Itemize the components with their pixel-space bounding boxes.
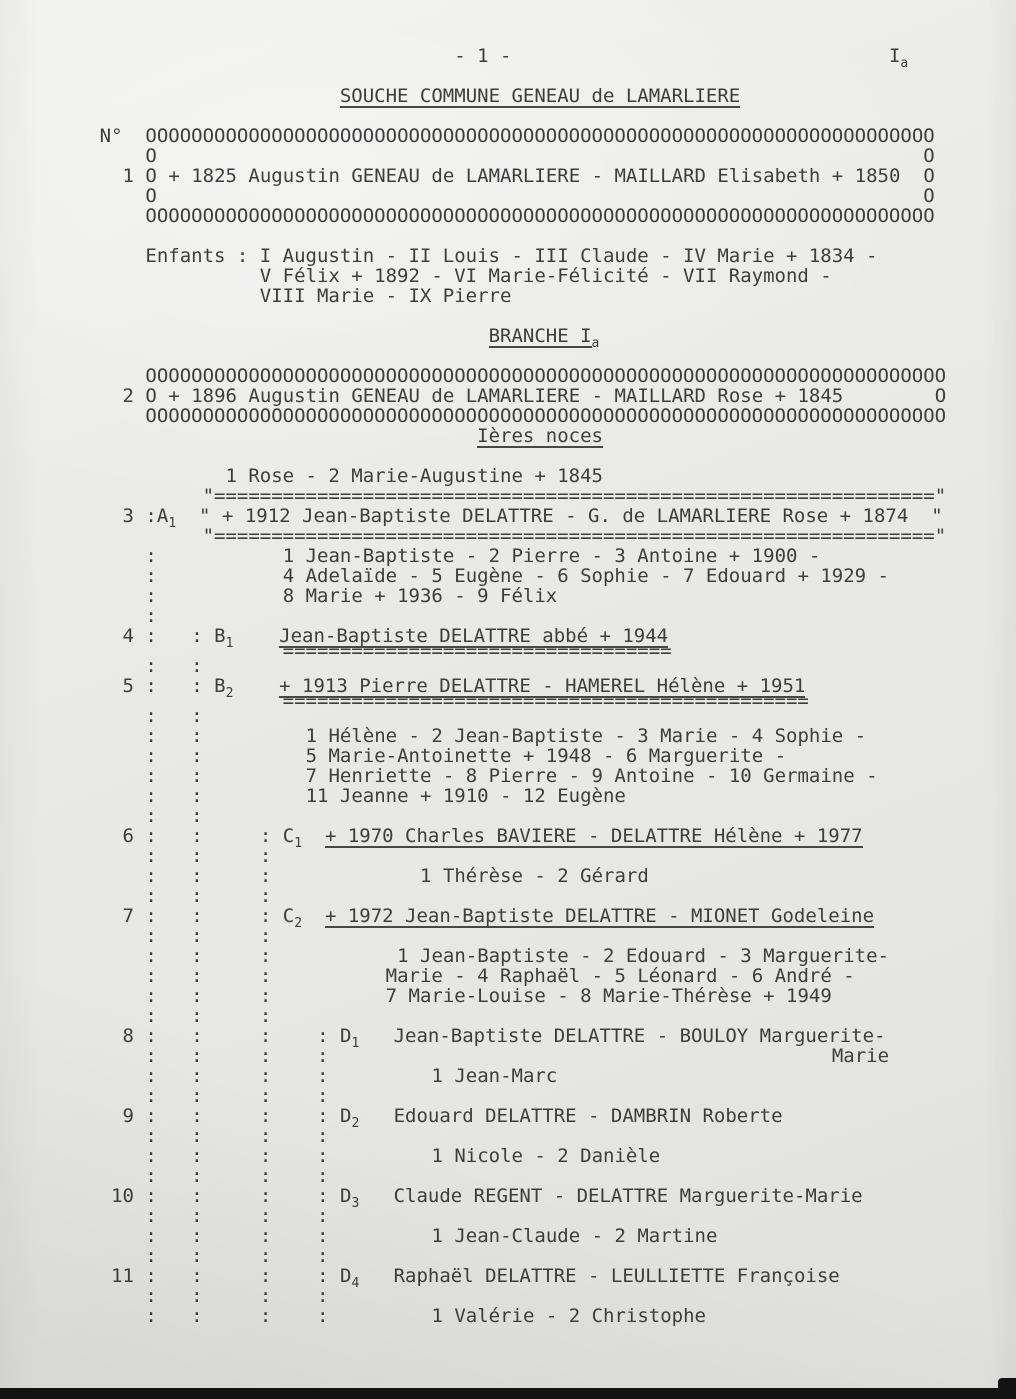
children-line: : : : 1 Thérèse - 2 Gérard bbox=[31, 866, 991, 886]
entry1-box-side: O O bbox=[31, 186, 991, 206]
guide-colon: : bbox=[145, 945, 156, 967]
guide-colon: : bbox=[191, 1045, 202, 1067]
guide-colon: : bbox=[145, 655, 156, 677]
spacer bbox=[31, 66, 991, 86]
guide-colon: : bbox=[145, 725, 156, 747]
union-text: + 1825 Augustin GENEAU de LAMARLIERE - M… bbox=[168, 165, 900, 187]
guide-colon: : bbox=[260, 965, 271, 987]
children-text: 1 Jean-Baptiste - 2 Edouard - 3 Margueri… bbox=[397, 945, 889, 967]
entry3-box-top: "=======================================… bbox=[31, 486, 991, 506]
branch-label-sub: 1 bbox=[294, 836, 302, 851]
guide-colon: : bbox=[317, 1105, 328, 1127]
entry-number: 10 bbox=[111, 1185, 134, 1207]
guide-colon: : bbox=[145, 585, 156, 607]
spacer bbox=[31, 106, 991, 126]
children-line: : : 5 Marie-Antoinette + 1948 - 6 Margue… bbox=[31, 746, 991, 766]
box-border: O bbox=[145, 165, 156, 187]
guide-colon: : bbox=[260, 1165, 271, 1187]
guide-colon: : bbox=[317, 1025, 328, 1047]
children-text: 1 Jean-Baptiste - 2 Pierre - 3 Antoine +… bbox=[283, 545, 821, 567]
children-text: Marie - 4 Raphaël - 5 Léonard - 6 André … bbox=[386, 965, 855, 987]
children-text: 8 Marie + 1936 - 9 Félix bbox=[283, 585, 558, 607]
guide-colon: : bbox=[317, 1265, 328, 1287]
children-line: : : : : 1 Valérie - 2 Christophe bbox=[31, 1306, 991, 1326]
guide-colon: : bbox=[145, 825, 156, 847]
guide-colon: : bbox=[191, 965, 202, 987]
branch-label: C bbox=[283, 905, 294, 927]
guide-colon: : bbox=[191, 1005, 202, 1027]
children-line: VIII Marie - IX Pierre bbox=[31, 286, 991, 306]
entry-number: 2 bbox=[123, 385, 134, 407]
guide-colon: : bbox=[317, 1045, 328, 1067]
guide-colon: : bbox=[191, 1145, 202, 1167]
guide-colon: : bbox=[145, 1005, 156, 1027]
guide-colon: : bbox=[191, 1205, 202, 1227]
document-title: SOUCHE COMMUNE GENEAU de LAMARLIERE bbox=[340, 86, 740, 108]
box-border: O bbox=[935, 385, 946, 407]
children-text: 1 Nicole - 2 Danièle bbox=[431, 1145, 660, 1167]
guide-colon: : bbox=[145, 1305, 156, 1327]
entry11-line: 11 : : : : D4 Raphaël DELATTRE - LEULLIE… bbox=[31, 1266, 991, 1286]
guide-colon: : bbox=[260, 1065, 271, 1087]
guide-colon: : bbox=[191, 765, 202, 787]
guide-colon: : bbox=[191, 885, 202, 907]
children-text: 1 Valérie - 2 Christophe bbox=[431, 1305, 706, 1327]
children-text: 7 Henriette - 8 Pierre - 9 Antoine - 10 … bbox=[306, 765, 878, 787]
branch-title: BRANCHE I bbox=[489, 326, 592, 348]
guide-line: : : : : bbox=[31, 1246, 991, 1266]
guide-colon: : bbox=[260, 825, 271, 847]
children-line: : : : 1 Jean-Baptiste - 2 Edouard - 3 Ma… bbox=[31, 946, 991, 966]
guide-colon: : bbox=[260, 1245, 271, 1267]
guide-colon: : bbox=[191, 785, 202, 807]
entry1-box-top: N° OOOOOOOOOOOOOOOOOOOOOOOOOOOOOOOOOOOOO… bbox=[31, 126, 991, 146]
guide-colon: : bbox=[145, 905, 156, 927]
guide-colon: : bbox=[260, 1285, 271, 1307]
guide-colon: : bbox=[191, 905, 202, 927]
entry-number: 7 bbox=[123, 905, 134, 927]
branch-label: A bbox=[157, 505, 168, 527]
continuation-line: : : : : Marie bbox=[31, 1046, 991, 1066]
guide-line: : : : : bbox=[31, 1086, 991, 1106]
children-line: Enfants : I Augustin - II Louis - III Cl… bbox=[31, 246, 991, 266]
guide-colon: : bbox=[260, 1145, 271, 1167]
box-border: O bbox=[145, 385, 156, 407]
branch-label: D bbox=[340, 1025, 351, 1047]
guide-colon: : bbox=[317, 1285, 328, 1307]
union-text: Raphaël DELATTRE - LEULLIETTE Françoise bbox=[394, 1265, 840, 1287]
guide-colon: : bbox=[145, 1145, 156, 1167]
union-text: + 1896 Augustin GENEAU de LAMARLIERE - M… bbox=[168, 385, 843, 407]
children-line: : 4 Adelaïde - 5 Eugène - 6 Sophie - 7 E… bbox=[31, 566, 991, 586]
scan-edge-corner bbox=[998, 1378, 1016, 1399]
children-text: 1 Rose - 2 Marie-Augustine + 1845 bbox=[225, 465, 603, 487]
children-line: : : 7 Henriette - 8 Pierre - 9 Antoine -… bbox=[31, 766, 991, 786]
document-page: - 1 - Ia SOUCHE COMMUNE GENEAU de LAMARL… bbox=[0, 0, 1016, 1399]
guide-colon: : bbox=[145, 765, 156, 787]
guide-colon: : bbox=[191, 1305, 202, 1327]
guide-line: : : : bbox=[31, 1006, 991, 1026]
children-line: : : 11 Jeanne + 1910 - 12 Eugène bbox=[31, 786, 991, 806]
guide-colon: : bbox=[317, 1245, 328, 1267]
union-text: + 1970 Charles BAVIERE - DELATTRE Hélène… bbox=[325, 826, 863, 848]
guide-colon: : bbox=[260, 885, 271, 907]
box-border: O bbox=[923, 165, 934, 187]
entry-number: 1 bbox=[123, 165, 134, 187]
guide-line: : : : : bbox=[31, 1166, 991, 1186]
guide-colon: : bbox=[260, 1185, 271, 1207]
scan-edge-band bbox=[0, 1388, 1016, 1399]
page-number: - 1 - bbox=[454, 45, 511, 67]
children-text: 1 Thérèse - 2 Gérard bbox=[420, 865, 649, 887]
box-border: O bbox=[923, 185, 934, 207]
guide-colon: : bbox=[317, 1205, 328, 1227]
entry3-box-bottom: "=======================================… bbox=[31, 526, 991, 546]
guide-line: : : : : bbox=[31, 1206, 991, 1226]
guide-colon: : bbox=[191, 1265, 202, 1287]
children-line: : : : : 1 Nicole - 2 Danièle bbox=[31, 1146, 991, 1166]
guide-colon: : bbox=[145, 565, 156, 587]
guide-colon: : bbox=[145, 965, 156, 987]
guide-colon: : bbox=[260, 1025, 271, 1047]
corner-mark: I bbox=[889, 45, 900, 67]
guide-colon: : bbox=[145, 785, 156, 807]
children-line: V Félix + 1892 - VI Marie-Félicité - VII… bbox=[31, 266, 991, 286]
guide-colon: : bbox=[260, 1045, 271, 1067]
guide-colon: : bbox=[260, 1085, 271, 1107]
guide-colon: : bbox=[145, 1225, 156, 1247]
branch-label: C bbox=[283, 825, 294, 847]
branch-label-sub: 2 bbox=[294, 916, 302, 931]
entry3-union-line: 3 :A1 " + 1912 Jean-Baptiste DELATTRE - … bbox=[31, 506, 991, 526]
children-text: Enfants : I Augustin - II Louis - III Cl… bbox=[145, 245, 877, 267]
entry6-line: 6 : : : C1 + 1970 Charles BAVIERE - DELA… bbox=[31, 826, 991, 846]
guide-colon: : bbox=[145, 805, 156, 827]
section-heading: Ières noces bbox=[477, 426, 603, 448]
guide-colon: : bbox=[317, 1185, 328, 1207]
guide-colon: : bbox=[191, 1185, 202, 1207]
guide-colon: : bbox=[191, 1065, 202, 1087]
guide-colon: : bbox=[191, 1025, 202, 1047]
children-text: 7 Marie-Louise - 8 Marie-Thérèse + 1949 bbox=[386, 985, 832, 1007]
guide-colon: : bbox=[260, 1265, 271, 1287]
entry2-box-bottom: OOOOOOOOOOOOOOOOOOOOOOOOOOOOOOOOOOOOOOOO… bbox=[31, 406, 991, 426]
union-text: Edouard DELATTRE - DAMBRIN Roberte bbox=[394, 1105, 783, 1127]
guide-colon: : bbox=[145, 985, 156, 1007]
children-text: 4 Adelaïde - 5 Eugène - 6 Sophie - 7 Edo… bbox=[283, 565, 889, 587]
noces-heading-line: Ières noces bbox=[31, 426, 991, 446]
guide-colon: : bbox=[145, 1025, 156, 1047]
guide-colon: : bbox=[191, 705, 202, 727]
guide-line: : bbox=[31, 606, 991, 626]
guide-colon: : bbox=[191, 655, 202, 677]
guide-colon: : bbox=[260, 905, 271, 927]
branch-label-sub: 4 bbox=[351, 1276, 359, 1291]
guide-colon: : bbox=[317, 1305, 328, 1327]
entry-number: 3 bbox=[123, 505, 134, 527]
children-line: : : : Marie - 4 Raphaël - 5 Léonard - 6 … bbox=[31, 966, 991, 986]
guide-colon: : bbox=[191, 1245, 202, 1267]
entry10-line: 10 : : : : D3 Claude REGENT - DELATTRE M… bbox=[31, 1186, 991, 1206]
guide-colon: : bbox=[260, 1205, 271, 1227]
spacer bbox=[31, 226, 991, 246]
guide-colon: : bbox=[191, 945, 202, 967]
title-line: SOUCHE COMMUNE GENEAU de LAMARLIERE bbox=[31, 86, 991, 106]
entry-number: 8 bbox=[123, 1025, 134, 1047]
guide-colon: : bbox=[317, 1225, 328, 1247]
union-text: Jean-Baptiste DELATTRE - BOULOY Margueri… bbox=[394, 1025, 886, 1047]
guide-colon: : bbox=[145, 1285, 156, 1307]
guide-colon: : bbox=[191, 725, 202, 747]
union-text: + 1972 Jean-Baptiste DELATTRE - MIONET G… bbox=[325, 906, 874, 928]
guide-colon: : bbox=[191, 845, 202, 867]
guide-colon: : bbox=[260, 985, 271, 1007]
children-text: 1 Jean-Marc bbox=[431, 1065, 557, 1087]
guide-colon: : bbox=[191, 1285, 202, 1307]
branch-heading-line: BRANCHE Ia bbox=[31, 326, 991, 346]
guide-line: : : : bbox=[31, 846, 991, 866]
box-border: " bbox=[199, 505, 210, 527]
branch-label: D bbox=[340, 1265, 351, 1287]
children-text: 1 Jean-Claude - 2 Martine bbox=[431, 1225, 717, 1247]
children-text: V Félix + 1892 - VI Marie-Félicité - VII… bbox=[260, 265, 832, 287]
children-text: VIII Marie - IX Pierre bbox=[260, 285, 512, 307]
guide-colon: : bbox=[191, 925, 202, 947]
guide-line: : : : : bbox=[31, 1126, 991, 1146]
guide-colon: : bbox=[260, 945, 271, 967]
box-border: OOOOOOOOOOOOOOOOOOOOOOOOOOOOOOOOOOOOOOOO… bbox=[145, 125, 934, 147]
guide-colon: : bbox=[145, 845, 156, 867]
guide-colon: : bbox=[145, 705, 156, 727]
corner-mark-sub: a bbox=[900, 56, 908, 71]
guide-colon: : bbox=[145, 1245, 156, 1267]
guide-colon: : bbox=[145, 1105, 156, 1127]
branch-label-sub: 3 bbox=[351, 1196, 359, 1211]
guide-colon: : bbox=[317, 1065, 328, 1087]
guide-colon: : bbox=[145, 1125, 156, 1147]
guide-colon: : bbox=[145, 1065, 156, 1087]
guide-colon: : bbox=[191, 1125, 202, 1147]
guide-colon: : bbox=[191, 1225, 202, 1247]
children-line: : : : 7 Marie-Louise - 8 Marie-Thérèse +… bbox=[31, 986, 991, 1006]
branch-label: D bbox=[340, 1105, 351, 1127]
page-header-line: - 1 - Ia bbox=[31, 46, 991, 66]
entry-number: 9 bbox=[123, 1105, 134, 1127]
guide-colon: : bbox=[191, 805, 202, 827]
guide-colon: : bbox=[145, 505, 156, 527]
guide-colon: : bbox=[260, 1005, 271, 1027]
guide-colon: : bbox=[260, 1225, 271, 1247]
children-text: 1 Hélène - 2 Jean-Baptiste - 3 Marie - 4… bbox=[306, 725, 867, 747]
guide-colon: : bbox=[191, 1085, 202, 1107]
guide-line: : : bbox=[31, 806, 991, 826]
entry-number: 6 bbox=[123, 825, 134, 847]
numero-label: N° bbox=[100, 125, 123, 147]
children-line: : 8 Marie + 1936 - 9 Félix bbox=[31, 586, 991, 606]
entry2-union-line: 2 O + 1896 Augustin GENEAU de LAMARLIERE… bbox=[31, 386, 991, 406]
guide-colon: : bbox=[260, 845, 271, 867]
guide-colon: : bbox=[145, 1085, 156, 1107]
children-line: : : : : 1 Jean-Claude - 2 Martine bbox=[31, 1226, 991, 1246]
children-line: : 1 Jean-Baptiste - 2 Pierre - 3 Antoine… bbox=[31, 546, 991, 566]
guide-colon: : bbox=[145, 1165, 156, 1187]
guide-colon: : bbox=[260, 1105, 271, 1127]
union-text: Claude REGENT - DELATTRE Marguerite-Mari… bbox=[394, 1185, 863, 1207]
children-line: 1 Rose - 2 Marie-Augustine + 1845 bbox=[31, 466, 991, 486]
entry1-box-side: O O bbox=[31, 146, 991, 166]
branch-label-sub: 2 bbox=[351, 1116, 359, 1131]
guide-colon: : bbox=[317, 1145, 328, 1167]
guide-colon: : bbox=[145, 605, 156, 627]
guide-colon: : bbox=[317, 1125, 328, 1147]
guide-colon: : bbox=[317, 1085, 328, 1107]
guide-colon: : bbox=[145, 1185, 156, 1207]
spacer bbox=[31, 306, 991, 326]
entry7-line: 7 : : : C2 + 1972 Jean-Baptiste DELATTRE… bbox=[31, 906, 991, 926]
guide-colon: : bbox=[260, 865, 271, 887]
entry8-line: 8 : : : : D1 Jean-Baptiste DELATTRE - BO… bbox=[31, 1026, 991, 1046]
typewritten-document: - 1 - Ia SOUCHE COMMUNE GENEAU de LAMARL… bbox=[31, 46, 991, 1326]
guide-colon: : bbox=[145, 1265, 156, 1287]
guide-colon: : bbox=[145, 545, 156, 567]
guide-colon: : bbox=[260, 1125, 271, 1147]
guide-colon: : bbox=[191, 825, 202, 847]
guide-colon: : bbox=[145, 745, 156, 767]
spacer bbox=[31, 446, 991, 466]
guide-colon: : bbox=[191, 865, 202, 887]
guide-line: : : : bbox=[31, 926, 991, 946]
guide-colon: : bbox=[191, 1165, 202, 1187]
box-border: OOOOOOOOOOOOOOOOOOOOOOOOOOOOOOOOOOOOOOOO… bbox=[145, 365, 946, 387]
box-border: O bbox=[145, 185, 156, 207]
guide-colon: : bbox=[145, 925, 156, 947]
box-border: "=======================================… bbox=[203, 525, 947, 547]
guide-colon: : bbox=[191, 1105, 202, 1127]
entry1-box-bottom: OOOOOOOOOOOOOOOOOOOOOOOOOOOOOOOOOOOOOOOO… bbox=[31, 206, 991, 226]
guide-colon: : bbox=[145, 1045, 156, 1067]
guide-colon: : bbox=[191, 745, 202, 767]
guide-colon: : bbox=[191, 985, 202, 1007]
guide-colon: : bbox=[145, 885, 156, 907]
guide-colon: : bbox=[145, 865, 156, 887]
spacer bbox=[31, 346, 991, 366]
children-text: 11 Jeanne + 1910 - 12 Eugène bbox=[306, 785, 626, 807]
box-border: OOOOOOOOOOOOOOOOOOOOOOOOOOOOOOOOOOOOOOOO… bbox=[145, 405, 946, 427]
branch-label: D bbox=[340, 1185, 351, 1207]
entry1-union-line: 1 O + 1825 Augustin GENEAU de LAMARLIERE… bbox=[31, 166, 991, 186]
guide-colon: : bbox=[317, 1165, 328, 1187]
box-border: O bbox=[145, 145, 156, 167]
box-border: O bbox=[923, 145, 934, 167]
guide-colon: : bbox=[260, 925, 271, 947]
entry9-line: 9 : : : : D2 Edouard DELATTRE - DAMBRIN … bbox=[31, 1106, 991, 1126]
box-border: "=======================================… bbox=[203, 485, 947, 507]
guide-line: : : : : bbox=[31, 1286, 991, 1306]
entry-number: 11 bbox=[111, 1265, 134, 1287]
union-text: Marie bbox=[832, 1045, 889, 1067]
guide-colon: : bbox=[260, 1305, 271, 1327]
children-line: : : : : 1 Jean-Marc bbox=[31, 1066, 991, 1086]
branch-title-sub: a bbox=[592, 336, 600, 351]
guide-colon: : bbox=[145, 1205, 156, 1227]
box-border: OOOOOOOOOOOOOOOOOOOOOOOOOOOOOOOOOOOOOOOO… bbox=[145, 205, 934, 227]
union-text: + 1912 Jean-Baptiste DELATTRE - G. de LA… bbox=[222, 505, 908, 527]
double-rule: ========================================… bbox=[283, 690, 809, 712]
guide-line: : : : bbox=[31, 886, 991, 906]
children-text: 5 Marie-Antoinette + 1948 - 6 Marguerite… bbox=[306, 745, 786, 767]
box-border: " bbox=[931, 505, 942, 527]
double-rule: ================================== bbox=[283, 640, 672, 662]
entry2-box-top: OOOOOOOOOOOOOOOOOOOOOOOOOOOOOOOOOOOOOOOO… bbox=[31, 366, 991, 386]
children-line: : : 1 Hélène - 2 Jean-Baptiste - 3 Marie… bbox=[31, 726, 991, 746]
